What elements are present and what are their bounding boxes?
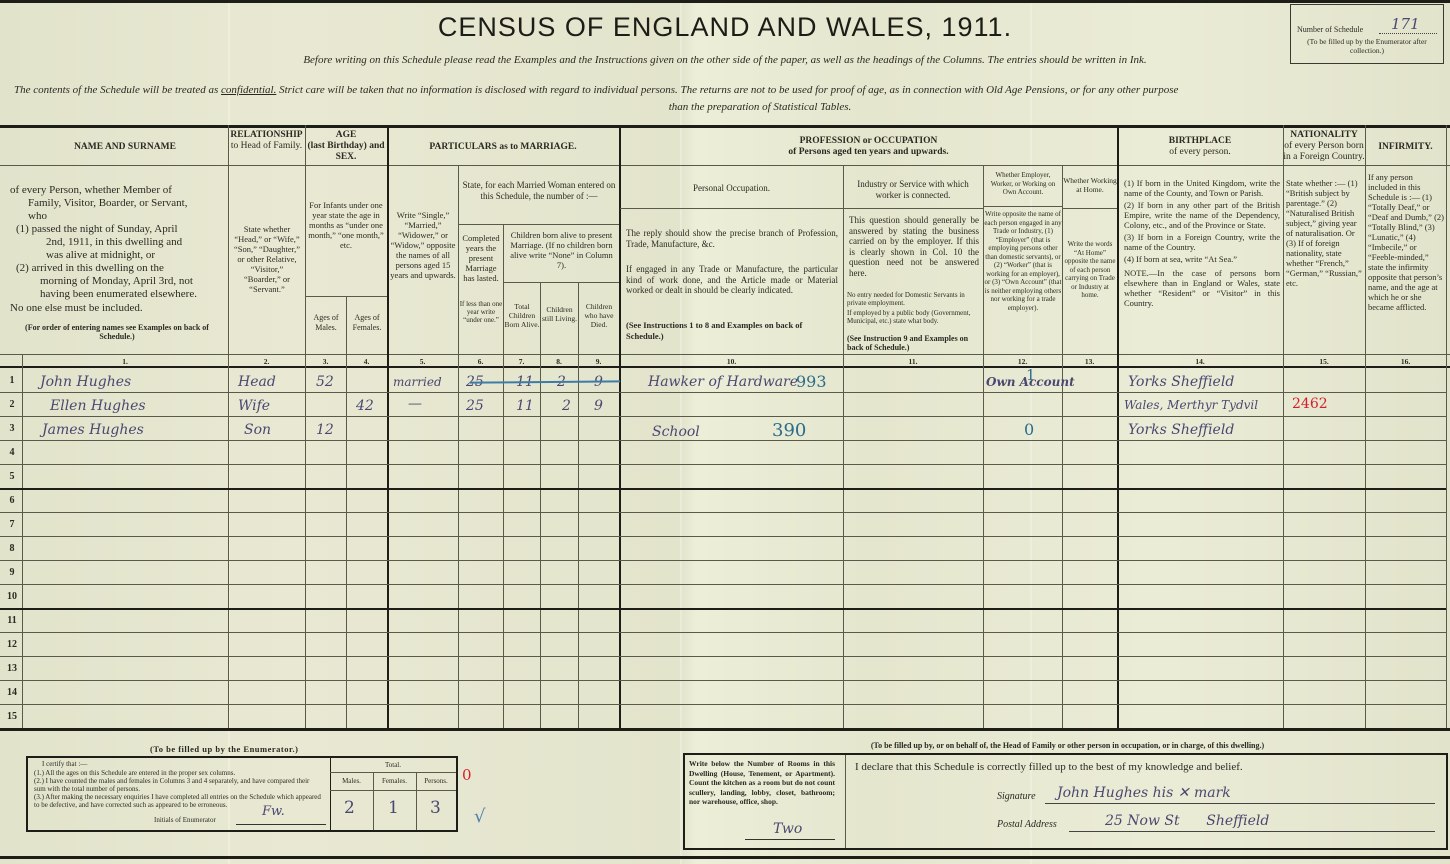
col-number: 15. xyxy=(1283,357,1365,366)
table-row xyxy=(0,680,1446,681)
certify-label: I certify that :— xyxy=(42,760,87,768)
row-number: 4 xyxy=(4,447,20,458)
col10-para1: The reply should show the precise branch… xyxy=(626,228,838,249)
col-number: 16. xyxy=(1365,357,1446,366)
confidential-notice-line2: than the preparation of Statistical Tabl… xyxy=(0,101,1450,113)
row2-relationship[interactable]: Wife xyxy=(238,398,270,414)
data-top-border xyxy=(0,366,1450,368)
col14-instructions: (1) If born in the United Kingdom, write… xyxy=(1124,178,1280,308)
declaration-text: I declare that this Schedule is correctl… xyxy=(855,761,1243,773)
rooms-count[interactable]: Two xyxy=(773,821,802,837)
col-number: 7. xyxy=(503,357,540,366)
table-row xyxy=(0,488,1446,490)
col-line xyxy=(1446,125,1447,728)
col-line xyxy=(1283,125,1284,728)
col6-note: If less than one year write “under one.” xyxy=(459,300,503,324)
row2-birthplace[interactable]: Wales, Merthyr Tydvil xyxy=(1124,398,1258,412)
total-label: Total. xyxy=(330,761,456,771)
col10-label: Personal Occupation. xyxy=(620,184,843,194)
children-sub-divider xyxy=(503,282,619,283)
table-row xyxy=(0,392,1446,393)
birthplace-title: BIRTHPLACE of every person. xyxy=(1117,136,1283,158)
row3-employment-code: 0 xyxy=(1024,420,1034,439)
total-males[interactable]: 2 xyxy=(344,798,355,818)
row1-relationship[interactable]: Head xyxy=(238,374,276,390)
row3-birthplace[interactable]: Yorks Sheffield xyxy=(1128,422,1234,438)
column-number-divider xyxy=(0,354,1450,355)
row-number: 2 xyxy=(4,399,20,410)
row1-birthplace[interactable]: Yorks Sheffield xyxy=(1128,374,1234,390)
col13-instructions: Write the words “At Home” opposite the n… xyxy=(1063,240,1117,300)
col-number: 4. xyxy=(346,357,387,366)
age-sub-divider xyxy=(305,296,387,297)
col-line xyxy=(1365,125,1366,728)
col7-label: Total Children Born Alive. xyxy=(504,302,540,329)
table-row xyxy=(0,440,1446,441)
row-number: 1 xyxy=(4,375,20,386)
row-number: 11 xyxy=(4,615,20,626)
col-line xyxy=(22,355,23,728)
row-number: 9 xyxy=(4,567,20,578)
col2-title: RELATIONSHIP to Head of Family. xyxy=(228,130,305,152)
form-title: CENSUS OF ENGLAND AND WALES, 1911. xyxy=(0,12,1450,43)
table-row xyxy=(0,608,1446,610)
signature-value[interactable]: John Hughes his ✕ mark xyxy=(1057,785,1231,801)
employer-sub-divider xyxy=(983,206,1062,207)
col12-instructions: Write opposite the name of each person e… xyxy=(984,210,1062,312)
row2-born[interactable]: 11 xyxy=(516,398,534,414)
age-title: AGE (last Birthday) and SEX. xyxy=(305,130,387,163)
row-number: 8 xyxy=(4,543,20,554)
col10-para2: If engaged in any Trade or Manufacture, … xyxy=(626,264,838,296)
col11-para3: If employed by a public body (Government… xyxy=(847,309,981,325)
postal-address-label: Postal Address xyxy=(997,819,1057,830)
row1-marriage[interactable]: married xyxy=(393,375,442,389)
certify-items: (1.) All the ages on this Schedule are e… xyxy=(34,769,322,809)
occupation-title: PROFESSION or OCCUPATION of Persons aged… xyxy=(620,136,1117,158)
schedule-number-box: Number of Schedule 171 (To be filled up … xyxy=(1290,4,1444,64)
total-persons[interactable]: 3 xyxy=(430,798,441,818)
col-number: 9. xyxy=(578,357,619,366)
postal-address-value[interactable]: 25 Now St Sheffield xyxy=(1105,813,1269,829)
col15-instructions: State whether :— (1) “British subject by… xyxy=(1286,178,1363,288)
col4-label: Ages of Females. xyxy=(347,313,387,332)
row-number: 13 xyxy=(4,663,20,674)
col1-title: NAME AND SURNAME xyxy=(22,142,228,153)
check-mark: √ xyxy=(474,806,485,827)
rooms-instruction: Write below the Number of Rooms in this … xyxy=(689,759,835,807)
row1-employment-code: 1 xyxy=(1026,366,1036,384)
instruction-line: Before writing on this Schedule please r… xyxy=(0,54,1450,66)
schedule-number-note: (To be filled up by the Enumerator after… xyxy=(1295,37,1439,55)
enumerator-initials[interactable]: Fw. xyxy=(262,804,285,819)
head-of-family-heading: (To be filled up by, or on behalf of, th… xyxy=(690,741,1445,750)
row3-relationship[interactable]: Son xyxy=(244,422,271,438)
table-row xyxy=(0,536,1446,537)
males-label: Males. xyxy=(330,777,373,787)
col8-label: Children still Living. xyxy=(541,305,578,323)
table-bottom-border xyxy=(0,728,1450,731)
persons-label: Persons. xyxy=(416,777,456,787)
table-top-border xyxy=(0,125,1450,128)
females-label: Females. xyxy=(373,777,416,787)
row3-occupation-code: 390 xyxy=(772,420,806,441)
table-row xyxy=(0,560,1446,561)
row-number: 7 xyxy=(4,519,20,530)
row3-name[interactable]: James Hughes xyxy=(42,422,144,438)
industry-sub-divider xyxy=(843,208,983,209)
col6-label: Completed years the present Marriage has… xyxy=(459,233,503,283)
col2-instructions: State whether “Head,” or “Wife,” “Son,” … xyxy=(232,224,302,294)
col-number: 5. xyxy=(387,357,458,366)
col-line xyxy=(540,282,541,728)
row-number: 5 xyxy=(4,471,20,482)
col-line xyxy=(228,125,229,728)
col-line xyxy=(1117,125,1119,728)
schedule-number-label: Number of Schedule xyxy=(1297,25,1363,34)
row2-marriage[interactable]: — xyxy=(408,396,422,412)
row-number: 14 xyxy=(4,687,20,698)
col9-label: Children who have Died. xyxy=(579,302,619,329)
row-number: 3 xyxy=(4,423,20,434)
row2-name[interactable]: Ellen Hughes xyxy=(50,398,146,414)
confidential-word: confidential. xyxy=(221,84,276,96)
row2-age-female[interactable]: 42 xyxy=(356,398,374,414)
row2-living[interactable]: 2 xyxy=(562,398,571,414)
enumerator-heading: (To be filled up by the Enumerator.) xyxy=(150,744,298,754)
children-instructions: Children born alive to present Marriage.… xyxy=(505,230,618,270)
nationality-title: NATIONALITY of every Person born in a Fo… xyxy=(1283,130,1365,163)
schedule-number-value[interactable]: 171 xyxy=(1391,15,1420,33)
col-line xyxy=(305,125,306,728)
col-number: 3. xyxy=(305,357,346,366)
col-number: 13. xyxy=(1062,357,1117,366)
col12-label: Whether Employer, Worker, or Working on … xyxy=(984,171,1062,197)
row2-died[interactable]: 9 xyxy=(594,398,603,414)
row1-age-male[interactable]: 52 xyxy=(316,374,334,390)
initials-label: Initials of Enumerator xyxy=(154,816,216,824)
table-row xyxy=(0,704,1446,705)
col10-para3: (See Instructions 1 to 8 and Examples on… xyxy=(626,320,838,341)
row-number: 6 xyxy=(4,495,20,506)
col11-label: Industry or Service with which worker is… xyxy=(845,179,981,201)
row-number: 15 xyxy=(4,711,20,722)
row1-name[interactable]: John Hughes xyxy=(40,374,131,390)
col-number: 8. xyxy=(540,357,578,366)
col11-para2: No entry needed for Domestic Servants in… xyxy=(847,291,981,307)
row3-age-male[interactable]: 12 xyxy=(316,422,334,438)
infirmity-title: INFIRMITY. xyxy=(1365,142,1446,153)
col-line xyxy=(578,282,579,728)
row1-occupation-code: 993 xyxy=(796,372,827,391)
table-row xyxy=(0,632,1446,633)
home-sub-divider xyxy=(1062,208,1117,209)
col-line xyxy=(843,165,844,728)
col-number: 6. xyxy=(458,357,503,366)
total-females[interactable]: 1 xyxy=(388,798,399,818)
row-number: 12 xyxy=(4,639,20,650)
col-number: 1. xyxy=(22,357,228,366)
col-number: 14. xyxy=(1117,357,1283,366)
table-row xyxy=(0,416,1446,417)
row2-years[interactable]: 25 xyxy=(466,398,484,414)
col-line xyxy=(619,125,621,728)
header-divider xyxy=(0,165,1450,166)
table-row xyxy=(0,512,1446,513)
age-instructions: For Infants under one year state the age… xyxy=(307,200,385,250)
marriage-sub-divider xyxy=(458,224,619,225)
col-number: 2. xyxy=(228,357,305,366)
confidential-notice: The contents of the Schedule will be tre… xyxy=(14,84,1444,96)
married-woman-instructions: State, for each Married Woman entered on… xyxy=(460,180,618,201)
col11-para4: (See Instruction 9 and Examples on back … xyxy=(847,334,981,352)
col13-label: Whether Working at Home. xyxy=(1063,176,1117,194)
col11-para1: This question should generally be answer… xyxy=(849,215,979,278)
table-row xyxy=(0,464,1446,465)
enumerator-box: I certify that :— (1.) All the ages on t… xyxy=(26,756,458,832)
col-number: 12. xyxy=(983,357,1062,366)
col5-instructions: Write “Single,” “Married,” “Widower,” or… xyxy=(389,210,457,280)
row3-occupation[interactable]: School xyxy=(652,424,700,440)
col-number: 11. xyxy=(843,357,983,366)
bottom-border xyxy=(0,856,1450,859)
col-line xyxy=(503,224,504,728)
top-border xyxy=(0,0,1450,3)
col16-instructions: If any person included in this Schedule … xyxy=(1368,172,1444,312)
red-zero-mark: 0 xyxy=(462,766,472,784)
row-number: 10 xyxy=(4,591,20,602)
col3-label: Ages of Males. xyxy=(306,313,346,332)
table-row xyxy=(0,656,1446,657)
col-number: 10. xyxy=(620,357,843,366)
occ-sub-divider xyxy=(620,208,843,209)
signature-label: Signature xyxy=(997,791,1036,802)
col1-footnote: (For order of entering names see Example… xyxy=(10,323,224,341)
marriage-title: PARTICULARS as to MARRIAGE. xyxy=(387,142,619,153)
col1-instructions: of every Person, whether Member of Famil… xyxy=(10,184,224,315)
table-row xyxy=(0,584,1446,585)
row2-nationality-code: 2462 xyxy=(1292,396,1328,412)
row1-occupation[interactable]: Hawker of Hardware xyxy=(648,374,798,390)
declaration-box: Write below the Number of Rooms in this … xyxy=(683,753,1448,850)
